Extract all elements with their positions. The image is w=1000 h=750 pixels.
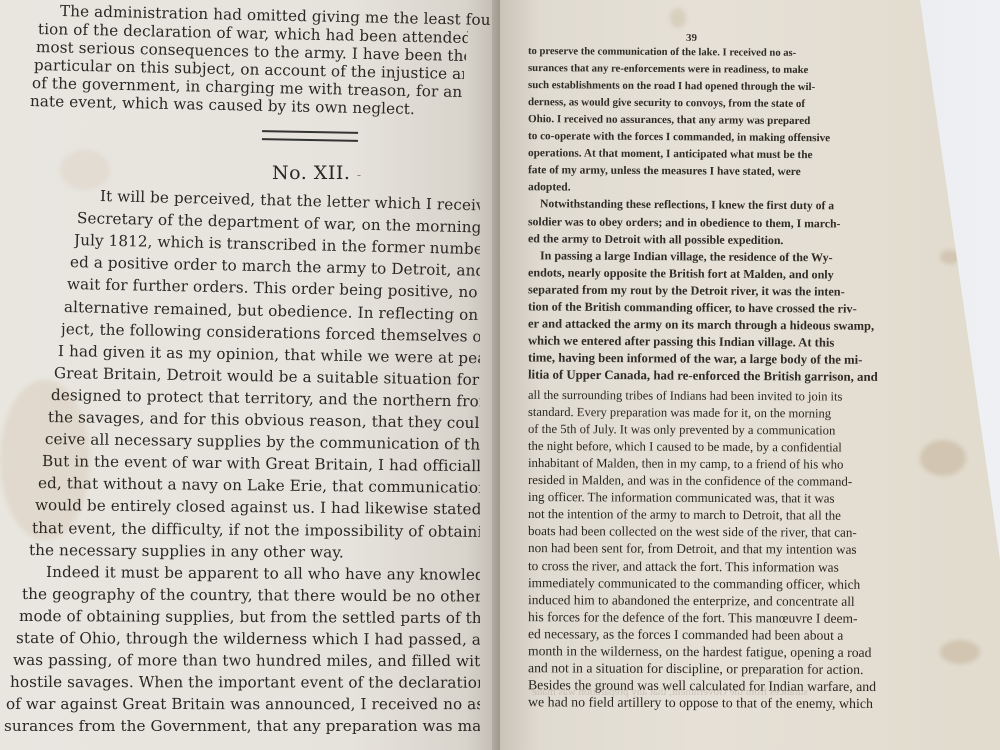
text-line: non had been sent for, from Detroit, and… — [528, 540, 857, 558]
section-heading: No. XII. - — [272, 162, 362, 184]
text-line: all the surrounding tribes of Indians ha… — [528, 387, 842, 404]
text-line: Notwithstanding these reflections, I kne… — [540, 199, 834, 213]
text-line: standard. Every preparation was made for… — [528, 404, 831, 421]
text-line: wait for further orders. This order bein… — [67, 275, 480, 301]
open-book: No. XII. - The administration had omitte… — [0, 0, 1000, 750]
text-line: the night before, which I caused to be m… — [528, 438, 842, 455]
text-line: ed necessary, as the forces I commanded … — [528, 625, 843, 643]
left-page-text: No. XII. - The administration had omitte… — [0, 0, 500, 750]
text-line: of war against Great Britain was announc… — [6, 695, 480, 713]
text-line: would be entirely closed against us. I h… — [35, 496, 480, 518]
text-line: boats had been collected on the west sid… — [528, 523, 857, 541]
text-line: we had no field artillery to oppose to t… — [528, 693, 873, 712]
right-page: 39 surances from the Government, that an… — [500, 0, 1000, 750]
text-line: Besides the ground was well calculated f… — [528, 676, 876, 695]
text-line: to co-operate with the forces I commande… — [528, 131, 830, 145]
text-line: his forces for the defence of the fort. … — [528, 608, 858, 626]
text-line: ed the army to Detroit with all possible… — [528, 233, 784, 247]
text-line: mode of obtaining supplies, but from the… — [19, 607, 480, 627]
text-line: hostile savages. When the important even… — [10, 673, 480, 692]
text-line: to preserve the communication of the lak… — [528, 46, 796, 59]
text-line: designed to protect that territory, and … — [51, 386, 480, 410]
text-line: the necessary supplies in any other way. — [29, 541, 480, 562]
text-line: tion of the British commanding officer, … — [528, 301, 857, 316]
text-line: the savages, and for this obvious reason… — [48, 408, 480, 432]
text-line: not the intention of the army to march t… — [528, 506, 841, 524]
text-line: Indeed it must be apparent to all who ha… — [46, 563, 480, 584]
text-line: was passing, of more than two hundred mi… — [13, 651, 480, 670]
section-heading-text: No. XII. — [272, 162, 350, 184]
left-page: No. XII. - The administration had omitte… — [0, 0, 500, 750]
section-mark: - — [357, 168, 362, 182]
text-line: to cross the river, and attack the fort.… — [528, 557, 839, 575]
text-line: In passing a large Indian village, the r… — [540, 250, 833, 264]
text-line: ceive all necessary supplies by the comm… — [45, 430, 480, 454]
text-line: I had given it as my opinion, that while… — [57, 342, 480, 367]
text-line: ject, the following considerations force… — [61, 320, 480, 346]
text-line: fate of my army, unless the measures I h… — [528, 165, 801, 179]
text-line: operations. At that moment, I anticipate… — [528, 148, 813, 162]
text-line: and not in a situation for discipline, o… — [528, 659, 864, 678]
text-line: endots, nearly opposite the British fort… — [528, 267, 834, 282]
text-line: inhabitant of Malden, then in my camp, t… — [528, 455, 844, 472]
text-line: adopted. — [528, 182, 571, 194]
text-line: separated from my rout by the Detroit ri… — [528, 284, 845, 299]
text-line: But in the event of war with Great Brita… — [41, 452, 480, 475]
text-line: er and attacked the army on its march th… — [528, 318, 874, 333]
text-line: which we entered after passing this Indi… — [528, 335, 834, 350]
text-line: surances from the Government, that any p… — [4, 717, 480, 735]
text-line: ed, that without a navy on Lake Erie, th… — [38, 474, 480, 497]
text-line: Great Britain, Detroit would be a suitab… — [54, 364, 480, 389]
text-line: induced him to abandoned the enterprize,… — [528, 591, 855, 609]
section-divider — [262, 130, 358, 142]
text-line: the geography of the country, that there… — [22, 585, 480, 606]
text-line: month in the wilderness, on the hardest … — [528, 642, 872, 661]
text-line: such establishments on the road I had op… — [528, 80, 815, 93]
page-number: 39 — [686, 32, 697, 44]
right-page-text: 39 surances from the Government, that an… — [500, 0, 1000, 750]
text-line: alternative remained, but obedience. In … — [64, 298, 480, 324]
text-line: state of Ohio, through the wilderness wh… — [16, 629, 480, 649]
text-line: soldier was to obey orders; and in obedi… — [528, 216, 841, 230]
text-line: litia of Upper Canada, had re-enforced t… — [528, 369, 878, 385]
text-line: immediately communicated to the commandi… — [528, 574, 860, 592]
text-line: that event, the difficulty, if not the i… — [32, 519, 480, 541]
text-line: Ohio. I received no assurances, that any… — [528, 114, 810, 127]
text-line: time, having been informed of the war, a… — [528, 352, 862, 368]
text-line: ing officer. The information communicate… — [528, 489, 835, 507]
text-line: of the 5th of July. It was only prevente… — [528, 421, 835, 438]
text-line: surances that any re-enforcements were i… — [528, 63, 808, 76]
text-line: derness, as would give security to convo… — [528, 97, 805, 110]
text-line: resided in Malden, and was in the confid… — [528, 472, 852, 490]
